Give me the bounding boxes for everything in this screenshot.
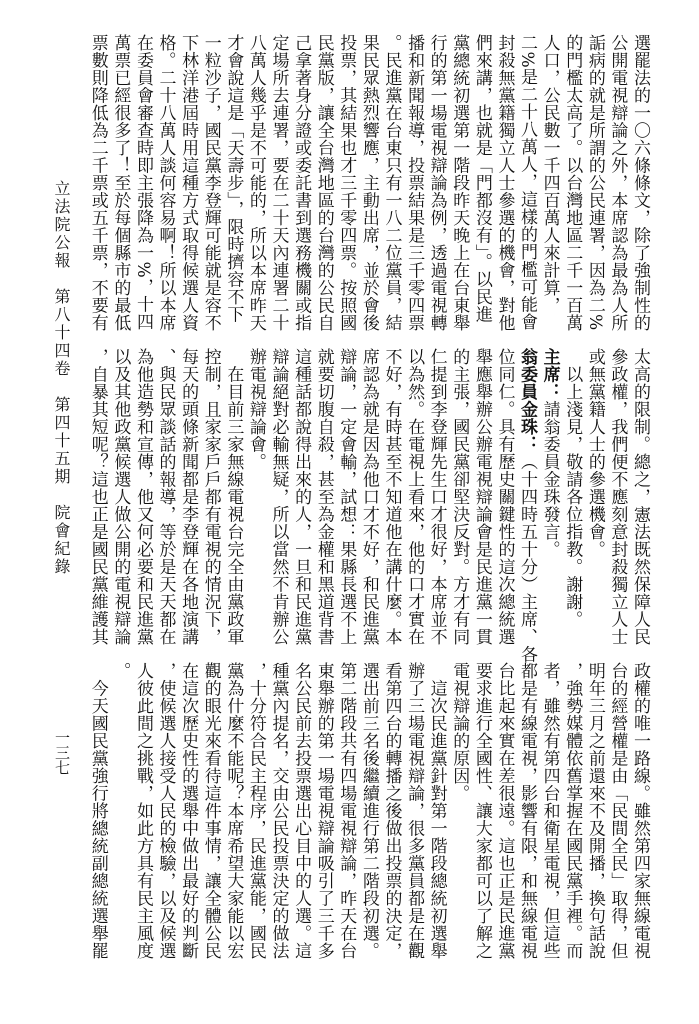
speaker-label: 翁委員金珠： bbox=[517, 348, 537, 453]
text-column: 黨總統初選第一階段昨天晚上在台東舉 bbox=[448, 34, 471, 344]
text-column: 們來講，也就是「門都沒有」。以民進 bbox=[470, 34, 493, 344]
text-column: 果民眾熱烈響應，主動出席，並於會後 bbox=[357, 34, 380, 344]
text-column: 東舉辦的第一場電視辯論吸引了三千多 bbox=[312, 662, 335, 972]
text-column: 定場所去連署，要在二十天內連署二十 bbox=[267, 34, 290, 344]
text-column: 種黨內提名，交由公民投票決定的做法 bbox=[267, 662, 290, 972]
text-column: 的門檻太高了。以台灣地區二千一百萬 bbox=[561, 34, 584, 344]
column-text: 辯論絕對必輸無疑，所以當然不肯辦公 bbox=[269, 348, 289, 646]
text-column: 黨為什麼不能呢？本席希望大家能以宏 bbox=[222, 662, 245, 972]
text-column: 民黨版，讓全台灣地區的台灣的公民自 bbox=[312, 34, 335, 344]
column-text: ，自暴其短呢？這也正是國民黨維護其 bbox=[88, 348, 108, 646]
text-column: 今天國民黨強行將總統副總統選舉罷 bbox=[86, 662, 109, 972]
column-text: 席認為就是因為他口才不好，和民進黨 bbox=[359, 348, 379, 646]
text-column: 才會說這是「天壽步」，限時擠容不下 bbox=[222, 34, 245, 344]
text-column: ，使候選人接受人民的檢驗，以及候選 bbox=[154, 662, 177, 972]
text-column: 觀的眼光來看待這件事情，讓全體公民 bbox=[199, 662, 222, 972]
text-column: 二%是二十八萬人，這樣的門檻可能會 bbox=[515, 34, 538, 344]
text-column: 台的經營權是由「民間全民」取得，但 bbox=[606, 662, 629, 972]
text-column: 者，雖然有第四台和衛星電視，但這些 bbox=[538, 662, 561, 972]
text-column: 人口，公民數一千四百萬人來計算， bbox=[538, 34, 561, 344]
text-column: 都是有線電視，影響有限，和無線電視 bbox=[515, 662, 538, 972]
text-column: 。民進黨在台東只有一八二位黨員，結 bbox=[380, 34, 403, 344]
column-text: 在目前三家無線電視台完全由黨政軍 bbox=[223, 348, 243, 646]
text-column: 這次民進黨針對第一階段總統初選舉 bbox=[425, 662, 448, 972]
column-text: 的主張，國民黨卻堅決反對。方才有同 bbox=[449, 348, 469, 646]
column-text: 辦電視辯論會。 bbox=[246, 348, 266, 471]
text-column: 己拿著身分證或委託書到選務機關或指 bbox=[290, 34, 313, 344]
text-column: 舉應舉辦公辦電視辯論會是民進黨一貫 bbox=[470, 348, 493, 658]
column-text: 太高的限制。總之，憲法既然保障人民 bbox=[630, 348, 650, 646]
text-column: 名公民前去投票選出心目中的人選。這 bbox=[290, 662, 313, 972]
text-column: 在這次歷史性的選舉中做出最好的判斷 bbox=[177, 662, 200, 972]
column-text: 就要切腹自殺，甚至為金權和黑道背書 bbox=[314, 348, 334, 646]
column-text: 每天的頭條新聞都是李登輝在各地演講 bbox=[178, 348, 198, 646]
text-column: 。 bbox=[109, 662, 132, 972]
text-column: 投票，其結果也才三千零四票。按照國 bbox=[335, 34, 358, 344]
column-text: 不好，有時甚至不知道他在講什麼。本 bbox=[381, 348, 401, 646]
text-column: 就要切腹自殺，甚至為金權和黑道背書 bbox=[312, 348, 335, 658]
text-column: 人彼此間之挑戰，如此方具有民主風度 bbox=[131, 662, 154, 972]
column-text: （十四時五十分）主席、各 bbox=[517, 453, 537, 663]
text-column: 以及其他政黨候選人做公開的電視辯論 bbox=[109, 348, 132, 658]
text-column: 每天的頭條新聞都是李登輝在各地演講 bbox=[177, 348, 200, 658]
text-column: 八萬人幾乎是不可能的，所以本席昨天 bbox=[244, 34, 267, 344]
text-column: 參政權，我們便不應刻意封殺獨立人士 bbox=[606, 348, 629, 658]
top-text-band: 選罷法的一〇六條條文，除了強制性的公開電視辯論之外，本席認為最為人所詬病的就是所… bbox=[86, 34, 651, 344]
text-column: 選罷法的一〇六條條文，除了強制性的 bbox=[628, 34, 651, 344]
text-column: 第二階段共有四場電視辯論，昨天在台 bbox=[335, 662, 358, 972]
column-text: 舉應舉辦公辦電視辯論會是民進黨一貫 bbox=[472, 348, 492, 646]
publication-footer: 立法院公報 第八十四卷 第四十五期 院會紀錄 bbox=[50, 180, 73, 576]
text-column: 辯論，一定會輸，試想：果縣長選不上 bbox=[335, 348, 358, 658]
column-text: 仁提到李登輝先生口才很好，本席並不 bbox=[427, 348, 447, 646]
text-column: 萬票已經很多了！至於每個縣市的最低 bbox=[109, 34, 132, 344]
column-text: 控制，且家家戶戶都有電視的情況下， bbox=[201, 348, 221, 646]
text-column: 的主張，國民黨卻堅決反對。方才有同 bbox=[448, 348, 471, 658]
text-column: 、與民眾談話的報導，等於是天天都在 bbox=[154, 348, 177, 658]
text-column: 辯論絕對必輸無疑，所以當然不肯辦公 bbox=[267, 348, 290, 658]
text-column: 票數則降低為二千票或五千票，不要有 bbox=[86, 34, 109, 344]
text-column: 為他造勢和宣傳，他又何必要和民進黨 bbox=[131, 348, 154, 658]
text-column: ，強勢媒體依舊掌握在國民黨手裡。而 bbox=[561, 662, 584, 972]
text-column: 行的第一場電視辯論為例，透過電視轉 bbox=[425, 34, 448, 344]
speaker-label: 主席： bbox=[540, 348, 560, 401]
column-text: 以及其他政黨候選人做公開的電視辯論 bbox=[110, 348, 130, 646]
column-text: 請翁委員金珠發言。 bbox=[540, 401, 560, 559]
text-column: 在委員會審查時即主張降為一%，十四 bbox=[131, 34, 154, 344]
page-number: 一三七 bbox=[52, 730, 73, 775]
text-column: 翁委員金珠：（十四時五十分）主席、各 bbox=[515, 348, 538, 658]
text-column: 公開電視辯論之外，本席認為最為人所 bbox=[606, 34, 629, 344]
text-column: 播和新聞報導，投票結果是三千零四票 bbox=[402, 34, 425, 344]
text-column: 以為然。在電視上看來，他的口才實在 bbox=[402, 348, 425, 658]
text-column: 仁提到李登輝先生口才很好，本席並不 bbox=[425, 348, 448, 658]
text-column: 在目前三家無線電視台完全由黨政軍 bbox=[222, 348, 245, 658]
text-column: 格。二十八萬人談何容易啊！所以本席 bbox=[154, 34, 177, 344]
text-column: 明年三月之前還來不及開播，換句話說 bbox=[583, 662, 606, 972]
bottom-text-band: 政權的唯一路線。雖然第四家無線電視台的經營權是由「民間全民」取得，但明年三月之前… bbox=[86, 662, 651, 972]
text-column: 辦電視辯論會。 bbox=[244, 348, 267, 658]
column-text: 或無黨籍人士的參選機會。 bbox=[585, 348, 605, 558]
text-column: 詬病的就是所謂的公民連署，因為二% bbox=[583, 34, 606, 344]
column-text: 這種話都說得出來的人，一旦和民進黨 bbox=[291, 348, 311, 646]
column-text: 為他造勢和宣傳，他又何必要和民進黨 bbox=[133, 348, 153, 646]
column-text: 位同仁。具有歷史關鍵性的這次總統選 bbox=[494, 348, 514, 646]
middle-text-band: 太高的限制。總之，憲法既然保障人民參政權，我們便不應刻意封殺獨立人士或無黨籍人士… bbox=[86, 348, 651, 658]
text-column: ，十分符合民主程序，民進黨能，國民 bbox=[244, 662, 267, 972]
text-column: 控制，且家家戶戶都有電視的情況下， bbox=[199, 348, 222, 658]
text-column: 這種話都說得出來的人，一旦和民進黨 bbox=[290, 348, 313, 658]
column-text: 參政權，我們便不應刻意封殺獨立人士 bbox=[607, 348, 627, 646]
text-column: 下林洋港屆時用這種方式取得候選人資 bbox=[177, 34, 200, 344]
text-column: 要求進行全國性、讓大家都可以了解之 bbox=[470, 662, 493, 972]
text-column: 看第四台的轉播之後做出投票的決定， bbox=[380, 662, 403, 972]
text-column: 太高的限制。總之，憲法既然保障人民 bbox=[628, 348, 651, 658]
text-column: 台比起來實在差很遠。這也正是民進黨 bbox=[493, 662, 516, 972]
text-column: 一粒沙子，國民黨李登輝可能就是容不 bbox=[199, 34, 222, 344]
text-column: 或無黨籍人士的參選機會。 bbox=[583, 348, 606, 658]
text-column: 主席：請翁委員金珠發言。 bbox=[538, 348, 561, 658]
text-column: 辦了三場電視辯論，很多黨員都是在觀 bbox=[402, 662, 425, 972]
text-column: 電視辯論的原因。 bbox=[448, 662, 471, 972]
column-text: 以上淺見，敬請各位指教。謝謝。 bbox=[562, 348, 582, 628]
column-text: 辯論，一定會輸，試想：果縣長選不上 bbox=[336, 348, 356, 646]
column-text: 、與民眾談話的報導，等於是天天都在 bbox=[156, 348, 176, 646]
text-column: 政權的唯一路線。雖然第四家無線電視 bbox=[628, 662, 651, 972]
text-column: 位同仁。具有歷史關鍵性的這次總統選 bbox=[493, 348, 516, 658]
text-column: 以上淺見，敬請各位指教。謝謝。 bbox=[561, 348, 584, 658]
text-column: ，自暴其短呢？這也正是國民黨維護其 bbox=[86, 348, 109, 658]
column-text: 以為然。在電視上看來，他的口才實在 bbox=[404, 348, 424, 646]
text-column: 不好，有時甚至不知道他在講什麼。本 bbox=[380, 348, 403, 658]
text-column: 席認為就是因為他口才不好，和民進黨 bbox=[357, 348, 380, 658]
text-column: 封殺無黨籍獨立人士參選的機會，對他 bbox=[493, 34, 516, 344]
text-column: 選出前三名後繼續進行第二階段初選。 bbox=[357, 662, 380, 972]
